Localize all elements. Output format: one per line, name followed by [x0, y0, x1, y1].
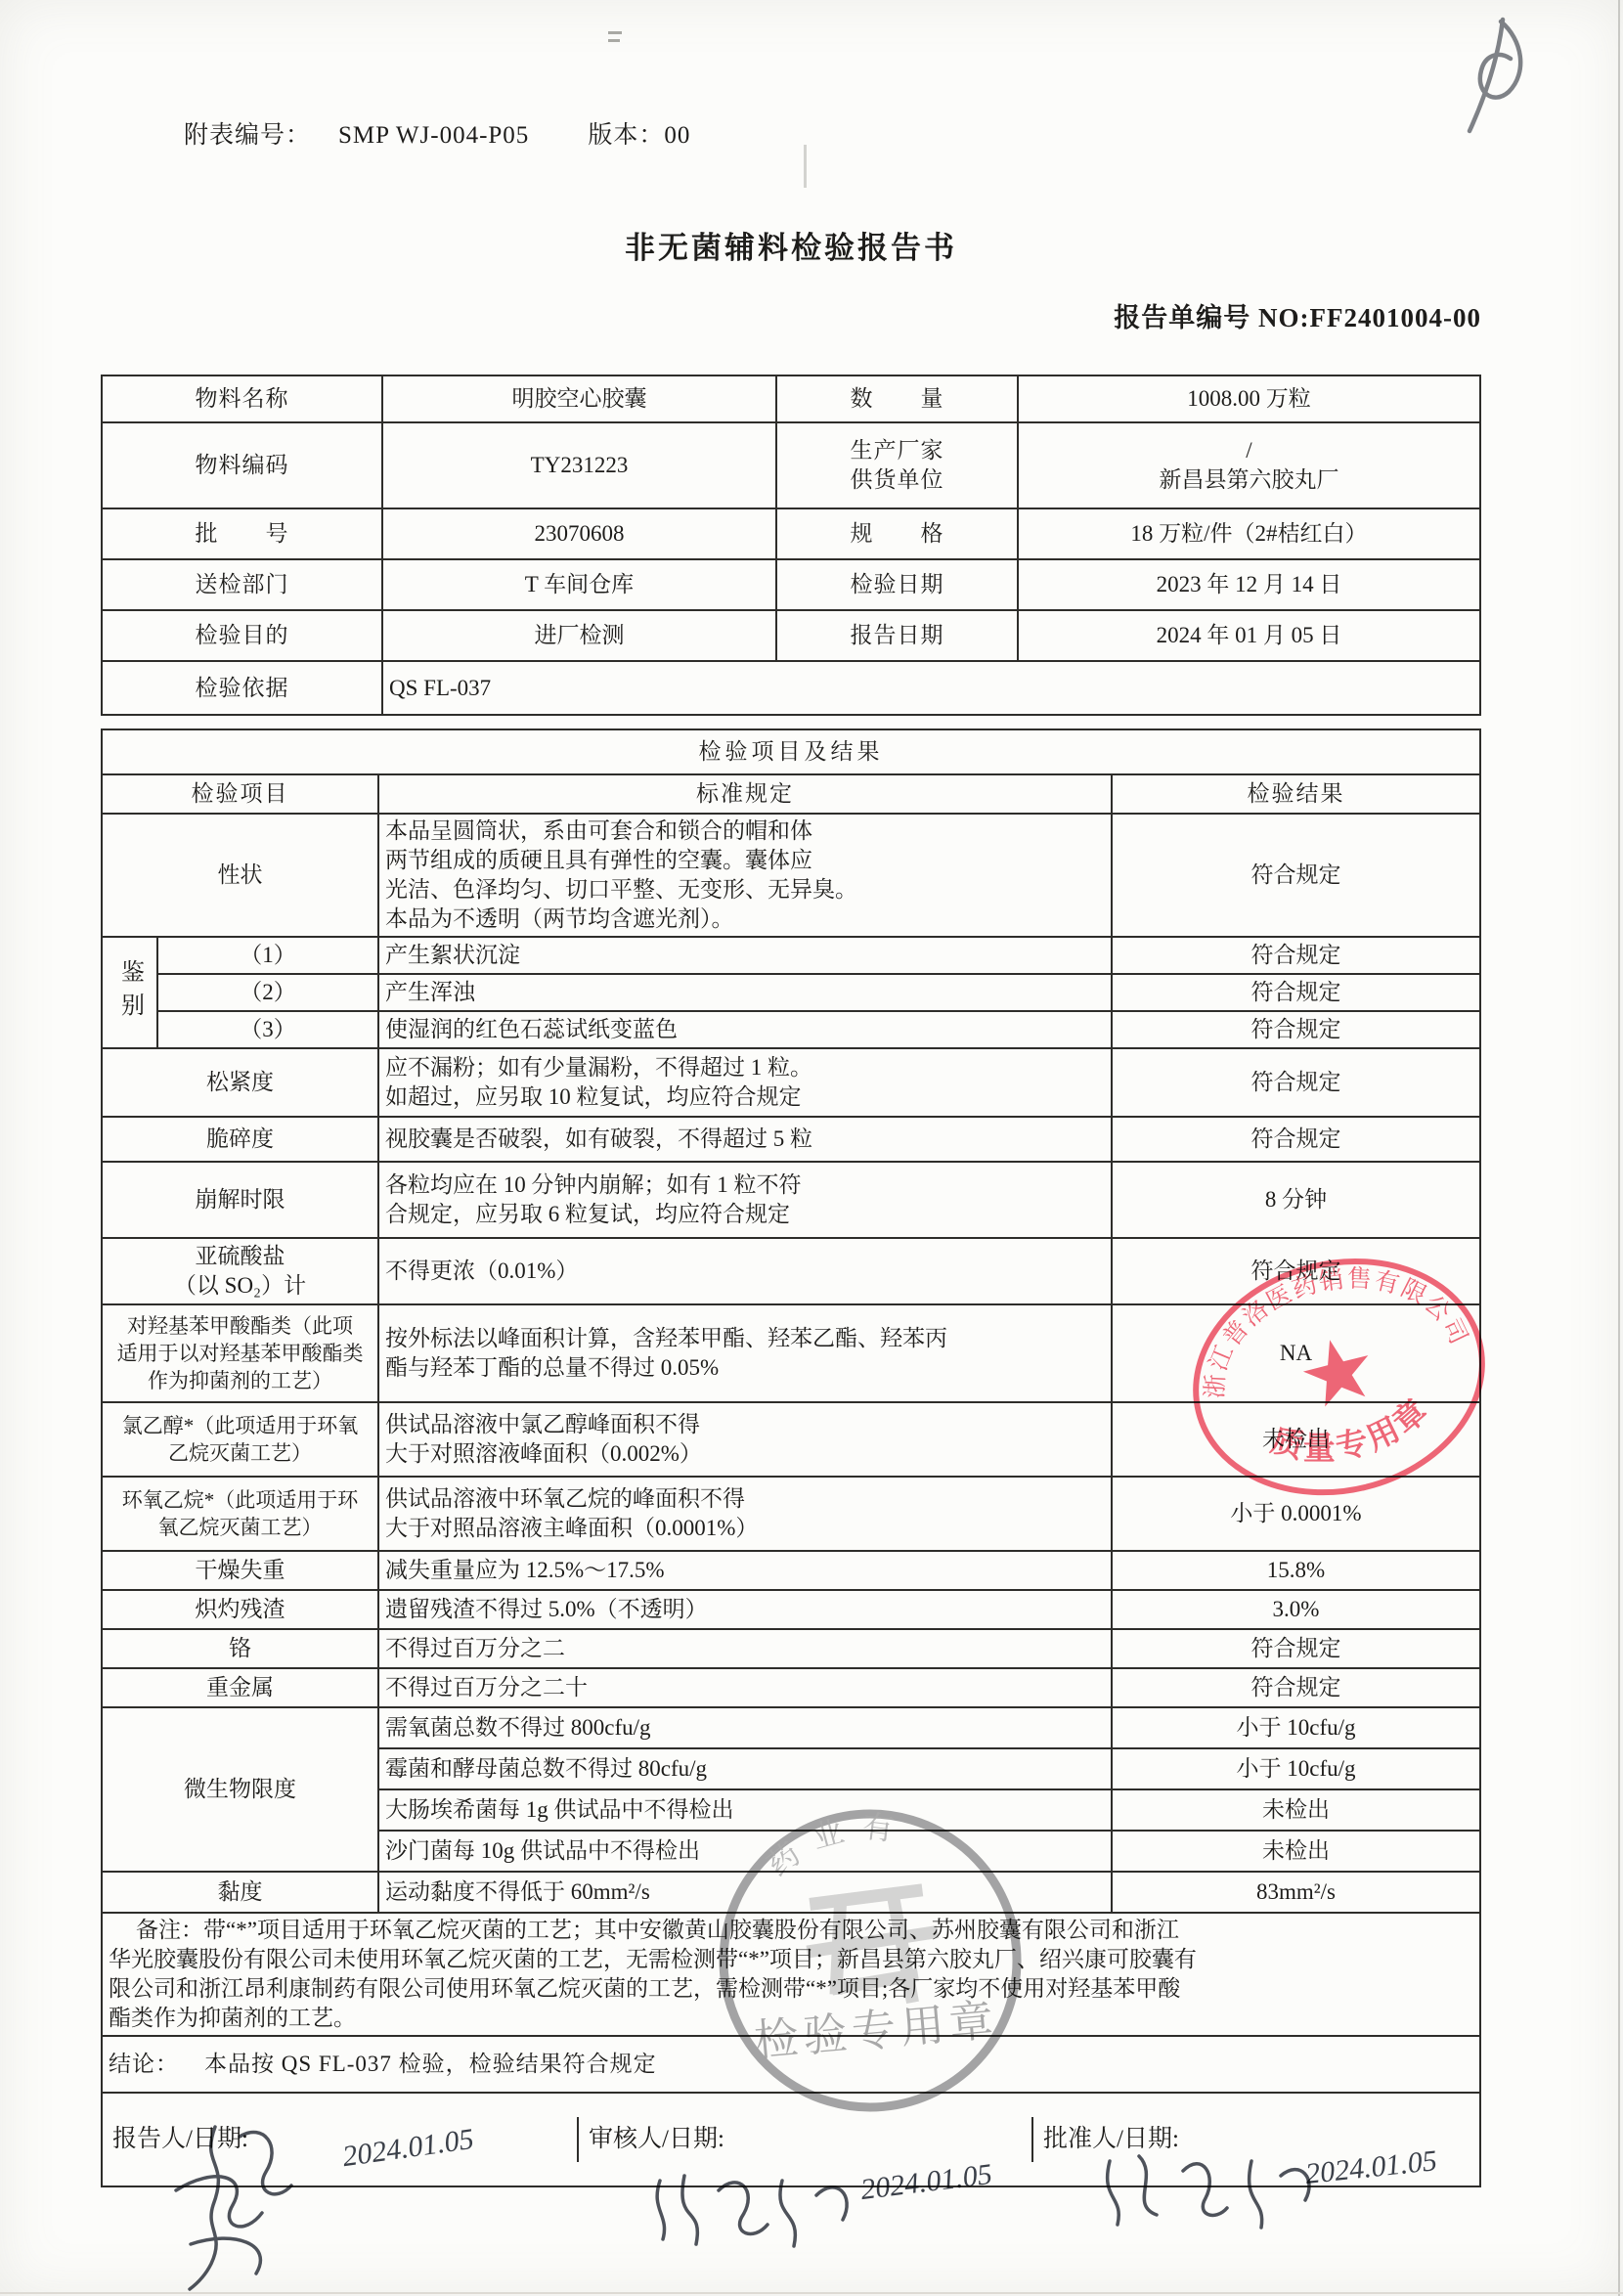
- table-row: 批 号 23070608 规 格 18 万粒/件（2#桔红白）: [102, 508, 1480, 559]
- spec-value: 18 万粒/件（2#桔红白）: [1018, 508, 1480, 559]
- item-line: 环氧乙烷*（此项适用于环: [109, 1486, 372, 1514]
- spec-line: 酯与羟苯丁酯的总量不得过 0.05%: [385, 1353, 1105, 1383]
- scanned-inspection-report-page: 附表编号：SMP WJ-004-P05版本：00 非无菌辅料检验报告书 报告单编…: [0, 0, 1623, 2296]
- conclusion-text: 本品按 QS FL-037 检验，检验结果符合规定: [204, 2052, 657, 2076]
- item-line: 作为抑菌剂的工艺）: [109, 1367, 372, 1394]
- spec-line: 本品为不透明（两节均含遮光剂）。: [385, 905, 1105, 934]
- attachment-number-line: 附表编号：SMP WJ-004-P05版本：00: [184, 115, 690, 151]
- quantity-label: 数 量: [776, 375, 1018, 422]
- spec-line: 大于对照品溶液主峰面积（0.0001%）: [385, 1514, 1105, 1543]
- spec-ethylene-oxide: 供试品溶液中环氧乙烷的峰面积不得 大于对照品溶液主峰面积（0.0001%）: [378, 1477, 1112, 1551]
- spec-line: 各粒均应在 10 分钟内崩解；如有 1 粒不符: [385, 1170, 1105, 1200]
- test-date-label: 检验日期: [776, 559, 1018, 610]
- handwritten-check-mark: [1442, 12, 1550, 154]
- dept-label: 送检部门: [102, 559, 382, 610]
- item-line: 对羟基苯甲酸酯类（此项: [109, 1312, 372, 1340]
- row-identification-1: 鉴别 （1） 产生絮状沉淀 符合规定: [102, 937, 1480, 974]
- table-row: 检验目的 进厂检测 报告日期 2024 年 01 月 05 日: [102, 610, 1480, 661]
- remark-line: 华光胶囊股份有限公司未使用环氧乙烷灭菌的工艺，无需检测带“*”项目；新昌县第六胶…: [109, 1945, 1473, 1974]
- identification-no-2: （2）: [157, 974, 378, 1011]
- item-microbial-limits: 微生物限度: [102, 1707, 378, 1872]
- row-identification-2: （2） 产生浑浊 符合规定: [102, 974, 1480, 1011]
- dept-value: T 车间仓库: [382, 559, 776, 610]
- column-header-row: 检验项目 标准规定 检验结果: [102, 774, 1480, 814]
- purpose-label: 检验目的: [102, 610, 382, 661]
- item-chromium: 铬: [102, 1629, 378, 1668]
- result-microbial-3: 未检出: [1112, 1789, 1480, 1831]
- spec-line: 本品呈圆筒状，系由可套合和锁合的帽和体: [385, 817, 1105, 846]
- purpose-value: 进厂检测: [382, 610, 776, 661]
- batch-value: 23070608: [382, 508, 776, 559]
- item-line: 亚硫酸盐: [109, 1242, 372, 1271]
- scan-speck: [608, 31, 622, 34]
- spec-chromium: 不得过百万分之二: [378, 1629, 1112, 1668]
- result-residue-on-ignition: 3.0%: [1112, 1590, 1480, 1629]
- reporter-label: 报告人/日期:: [112, 2126, 248, 2152]
- report-number: 报告单编号 NO:FF2401004-00: [101, 296, 1481, 334]
- spec-microbial-4: 沙门菌每 10g 供试品中不得检出: [378, 1831, 1112, 1872]
- result-heavy-metals: 符合规定: [1112, 1668, 1480, 1707]
- spec-tightness: 应不漏粉；如有少量漏粉，不得超过 1 粒。 如超过，应另取 10 粒复试，均应符…: [378, 1048, 1112, 1117]
- row-chloroethanol: 氯乙醇*（此项适用于环氧 乙烷灭菌工艺） 供试品溶液中氯乙醇峰面积不得 大于对照…: [102, 1402, 1480, 1477]
- attachment-number-value: SMP WJ-004-P05: [338, 122, 529, 149]
- spec-microbial-3: 大肠埃希菌每 1g 供试品中不得检出: [378, 1789, 1112, 1831]
- spec-line: 光洁、色泽均匀、切口平整、无变形、无异臭。: [385, 875, 1105, 905]
- row-ethylene-oxide: 环氧乙烷*（此项适用于环 氧乙烷灭菌工艺） 供试品溶液中环氧乙烷的峰面积不得 大…: [102, 1477, 1480, 1551]
- table-row: 物料编码 TY231223 生产厂家 供货单位 / 新昌县第六胶丸厂: [102, 422, 1480, 508]
- item-line: （以 SO₂）计: [109, 1271, 372, 1301]
- material-name-label: 物料名称: [102, 375, 382, 422]
- result-microbial-2: 小于 10cfu/g: [1112, 1748, 1480, 1789]
- signoff: 报告人/日期: 审核人/日期: 批准人/日期:: [102, 2093, 1480, 2186]
- spec-viscosity: 运动黏度不得低于 60mm²/s: [378, 1872, 1112, 1913]
- row-heavy-metals: 重金属 不得过百万分之二十 符合规定: [102, 1668, 1480, 1707]
- report-date-value: 2024 年 01 月 05 日: [1018, 610, 1480, 661]
- spec-brittleness: 视胶囊是否破裂，如有破裂，不得超过 5 粒: [378, 1117, 1112, 1162]
- manufacturer-value-line2: 新昌县第六胶丸厂: [1025, 465, 1473, 495]
- column-header-spec: 标准规定: [378, 774, 1112, 814]
- spec-chloroethanol: 供试品溶液中氯乙醇峰面积不得 大于对照溶液峰面积（0.002%）: [378, 1402, 1112, 1477]
- reviewer-cell: 审核人/日期:: [579, 2117, 1033, 2162]
- result-appearance: 符合规定: [1112, 814, 1480, 937]
- test-date-value: 2023 年 12 月 14 日: [1018, 559, 1480, 610]
- row-brittleness: 脆碎度 视胶囊是否破裂，如有破裂，不得超过 5 粒 符合规定: [102, 1117, 1480, 1162]
- item-line: 乙烷灭菌工艺）: [109, 1439, 372, 1467]
- column-header-item: 检验项目: [102, 774, 378, 814]
- row-viscosity: 黏度 运动黏度不得低于 60mm²/s 83mm²/s: [102, 1872, 1480, 1913]
- row-chromium: 铬 不得过百万分之二 符合规定: [102, 1629, 1480, 1668]
- remark-row: 备注：带“*”项目适用于环氧乙烷灭菌的工艺；其中安徽黄山胶囊股份有限公司、苏州胶…: [102, 1913, 1480, 2036]
- spec-residue-on-ignition: 遗留残渣不得过 5.0%（不透明）: [378, 1590, 1112, 1629]
- manufacturer-value-line1: /: [1025, 436, 1473, 465]
- item-identification: 鉴别: [102, 937, 157, 1048]
- signoff-cells: 报告人/日期: 审核人/日期: 批准人/日期:: [103, 2117, 1479, 2162]
- conclusion-row: 结论：本品按 QS FL-037 检验，检验结果符合规定: [102, 2036, 1480, 2093]
- result-identification-1: 符合规定: [1112, 937, 1480, 974]
- spec-line: 供试品溶液中氯乙醇峰面积不得: [385, 1410, 1105, 1439]
- table-row: 检验依据 QS FL-037: [102, 661, 1480, 715]
- item-line: 氧乙烷灭菌工艺）: [109, 1514, 372, 1541]
- result-identification-2: 符合规定: [1112, 974, 1480, 1011]
- result-chloroethanol: 未检出: [1112, 1402, 1480, 1477]
- spec-identification-3: 使湿润的红色石蕊试纸变蓝色: [378, 1011, 1112, 1048]
- result-chromium: 符合规定: [1112, 1629, 1480, 1668]
- spec-disintegration: 各粒均应在 10 分钟内崩解；如有 1 粒不符 合规定，应另取 6 粒复试，均应…: [378, 1162, 1112, 1238]
- result-sulfite: 符合规定: [1112, 1238, 1480, 1304]
- results-table: 检验项目及结果 检验项目 标准规定 检验结果 性状 本品呈圆筒状，系由可套合和锁…: [101, 729, 1481, 2187]
- material-code-label: 物料编码: [102, 422, 382, 508]
- reviewer-label: 审核人/日期:: [589, 2126, 724, 2152]
- basis-value: QS FL-037: [382, 661, 1480, 715]
- item-sulfite: 亚硫酸盐 （以 SO₂）计: [102, 1238, 378, 1304]
- item-heavy-metals: 重金属: [102, 1668, 378, 1707]
- item-identification-label: 鉴别: [118, 959, 142, 1026]
- spec-line: 合规定，应另取 6 粒复试，均应符合规定: [385, 1200, 1105, 1229]
- result-microbial-1: 小于 10cfu/g: [1112, 1707, 1480, 1748]
- item-disintegration: 崩解时限: [102, 1162, 378, 1238]
- row-loss-on-drying: 干燥失重 减失重量应为 12.5%～17.5% 15.8%: [102, 1551, 1480, 1590]
- spec-sulfite: 不得更浓（0.01%）: [378, 1238, 1112, 1304]
- table-row: 送检部门 T 车间仓库 检验日期 2023 年 12 月 14 日: [102, 559, 1480, 610]
- column-header-result: 检验结果: [1112, 774, 1480, 814]
- conclusion: 结论：本品按 QS FL-037 检验，检验结果符合规定: [102, 2036, 1480, 2093]
- spec-line: 按外标法以峰面积计算，含羟苯甲酯、羟苯乙酯、羟苯丙: [385, 1324, 1105, 1353]
- result-viscosity: 83mm²/s: [1112, 1872, 1480, 1913]
- signoff-row: 报告人/日期: 审核人/日期: 批准人/日期:: [102, 2093, 1480, 2186]
- spec-line: 应不漏粉；如有少量漏粉，不得超过 1 粒。: [385, 1053, 1105, 1082]
- row-paraben: 对羟基苯甲酸酯类（此项 适用于以对羟基苯甲酸酯类 作为抑菌剂的工艺） 按外标法以…: [102, 1304, 1480, 1402]
- attachment-number-label: 附表编号：: [184, 122, 311, 149]
- conclusion-label: 结论：: [109, 2052, 179, 2076]
- item-tightness: 松紧度: [102, 1048, 378, 1117]
- spec-loss-on-drying: 减失重量应为 12.5%～17.5%: [378, 1551, 1112, 1590]
- spec-line: 大于对照溶液峰面积（0.002%）: [385, 1439, 1105, 1469]
- spec-heavy-metals: 不得过百万分之二十: [378, 1668, 1112, 1707]
- item-ethylene-oxide: 环氧乙烷*（此项适用于环 氧乙烷灭菌工艺）: [102, 1477, 378, 1551]
- result-ethylene-oxide: 小于 0.0001%: [1112, 1477, 1480, 1551]
- item-chloroethanol: 氯乙醇*（此项适用于环氧 乙烷灭菌工艺）: [102, 1402, 378, 1477]
- version-value: 00: [664, 122, 690, 149]
- version-label: 版本：: [588, 122, 664, 149]
- item-line: 氯乙醇*（此项适用于环氧: [109, 1412, 372, 1439]
- page-edge-shadow: [1618, 0, 1620, 2296]
- item-brittleness: 脆碎度: [102, 1117, 378, 1162]
- page-bottom-shadow: [0, 2292, 1623, 2294]
- item-appearance: 性状: [102, 814, 378, 937]
- spec-line: 如超过，应另取 10 粒复试，均应符合规定: [385, 1082, 1105, 1112]
- scan-speck: [608, 39, 620, 42]
- section-title: 检验项目及结果: [102, 729, 1480, 774]
- remark-line: 限公司和浙江昂利康制药有限公司使用环氧乙烷灭菌的工艺，需检测带“*”项目;各厂家…: [109, 1974, 1473, 2004]
- manufacturer-label-line2: 供货单位: [783, 465, 1011, 495]
- basis-label: 检验依据: [102, 661, 382, 715]
- result-paraben: NA: [1112, 1304, 1480, 1402]
- page-title: 非无菌辅料检验报告书: [101, 223, 1481, 267]
- remark-line: 酯类作为抑菌剂的工艺。: [109, 2004, 1473, 2033]
- result-brittleness: 符合规定: [1112, 1117, 1480, 1162]
- remark: 备注：带“*”项目适用于环氧乙烷灭菌的工艺；其中安徽黄山胶囊股份有限公司、苏州胶…: [102, 1913, 1480, 2036]
- identification-no-3: （3）: [157, 1011, 378, 1048]
- batch-label: 批 号: [102, 508, 382, 559]
- section-title-row: 检验项目及结果: [102, 729, 1480, 774]
- row-sulfite: 亚硫酸盐 （以 SO₂）计 不得更浓（0.01%） 符合规定: [102, 1238, 1480, 1304]
- approver-label: 批准人/日期:: [1043, 2126, 1179, 2152]
- spec-identification-1: 产生絮状沉淀: [378, 937, 1112, 974]
- quantity-value: 1008.00 万粒: [1018, 375, 1480, 422]
- manufacturer-value: / 新昌县第六胶丸厂: [1018, 422, 1480, 508]
- manufacturer-label: 生产厂家 供货单位: [776, 422, 1018, 508]
- result-loss-on-drying: 15.8%: [1112, 1551, 1480, 1590]
- spec-microbial-2: 霉菌和酵母菌总数不得过 80cfu/g: [378, 1748, 1112, 1789]
- row-identification-3: （3） 使湿润的红色石蕊试纸变蓝色 符合规定: [102, 1011, 1480, 1048]
- manufacturer-label-line1: 生产厂家: [783, 436, 1011, 465]
- row-microbial-1: 微生物限度 需氧菌总数不得过 800cfu/g 小于 10cfu/g: [102, 1707, 1480, 1748]
- report-date-label: 报告日期: [776, 610, 1018, 661]
- scan-speck: [804, 145, 807, 188]
- item-viscosity: 黏度: [102, 1872, 378, 1913]
- row-tightness: 松紧度 应不漏粉；如有少量漏粉，不得超过 1 粒。 如超过，应另取 10 粒复试…: [102, 1048, 1480, 1117]
- material-info-table: 物料名称 明胶空心胶囊 数 量 1008.00 万粒 物料编码 TY231223…: [101, 375, 1481, 716]
- material-name-value: 明胶空心胶囊: [382, 375, 776, 422]
- material-code-value: TY231223: [382, 422, 776, 508]
- spec-appearance: 本品呈圆筒状，系由可套合和锁合的帽和体 两节组成的质硬且具有弹性的空囊。囊体应 …: [378, 814, 1112, 937]
- spec-line: 供试品溶液中环氧乙烷的峰面积不得: [385, 1484, 1105, 1514]
- table-row: 物料名称 明胶空心胶囊 数 量 1008.00 万粒: [102, 375, 1480, 422]
- result-disintegration: 8 分钟: [1112, 1162, 1480, 1238]
- spec-microbial-1: 需氧菌总数不得过 800cfu/g: [378, 1707, 1112, 1748]
- result-identification-3: 符合规定: [1112, 1011, 1480, 1048]
- row-disintegration: 崩解时限 各粒均应在 10 分钟内崩解；如有 1 粒不符 合规定，应另取 6 粒…: [102, 1162, 1480, 1238]
- result-tightness: 符合规定: [1112, 1048, 1480, 1117]
- reporter-cell: 报告人/日期:: [103, 2117, 579, 2162]
- spec-identification-2: 产生浑浊: [378, 974, 1112, 1011]
- item-residue-on-ignition: 炽灼残渣: [102, 1590, 378, 1629]
- item-paraben: 对羟基苯甲酸酯类（此项 适用于以对羟基苯甲酸酯类 作为抑菌剂的工艺）: [102, 1304, 378, 1402]
- row-appearance: 性状 本品呈圆筒状，系由可套合和锁合的帽和体 两节组成的质硬且具有弹性的空囊。囊…: [102, 814, 1480, 937]
- spec-line: 两节组成的质硬且具有弹性的空囊。囊体应: [385, 846, 1105, 875]
- remark-line: 备注：带“*”项目适用于环氧乙烷灭菌的工艺；其中安徽黄山胶囊股份有限公司、苏州胶…: [109, 1916, 1473, 1945]
- item-line: 适用于以对羟基苯甲酸酯类: [109, 1340, 372, 1367]
- row-residue-on-ignition: 炽灼残渣 遗留残渣不得过 5.0%（不透明） 3.0%: [102, 1590, 1480, 1629]
- identification-no-1: （1）: [157, 937, 378, 974]
- spec-label: 规 格: [776, 508, 1018, 559]
- item-loss-on-drying: 干燥失重: [102, 1551, 378, 1590]
- spec-paraben: 按外标法以峰面积计算，含羟苯甲酯、羟苯乙酯、羟苯丙 酯与羟苯丁酯的总量不得过 0…: [378, 1304, 1112, 1402]
- result-microbial-4: 未检出: [1112, 1831, 1480, 1872]
